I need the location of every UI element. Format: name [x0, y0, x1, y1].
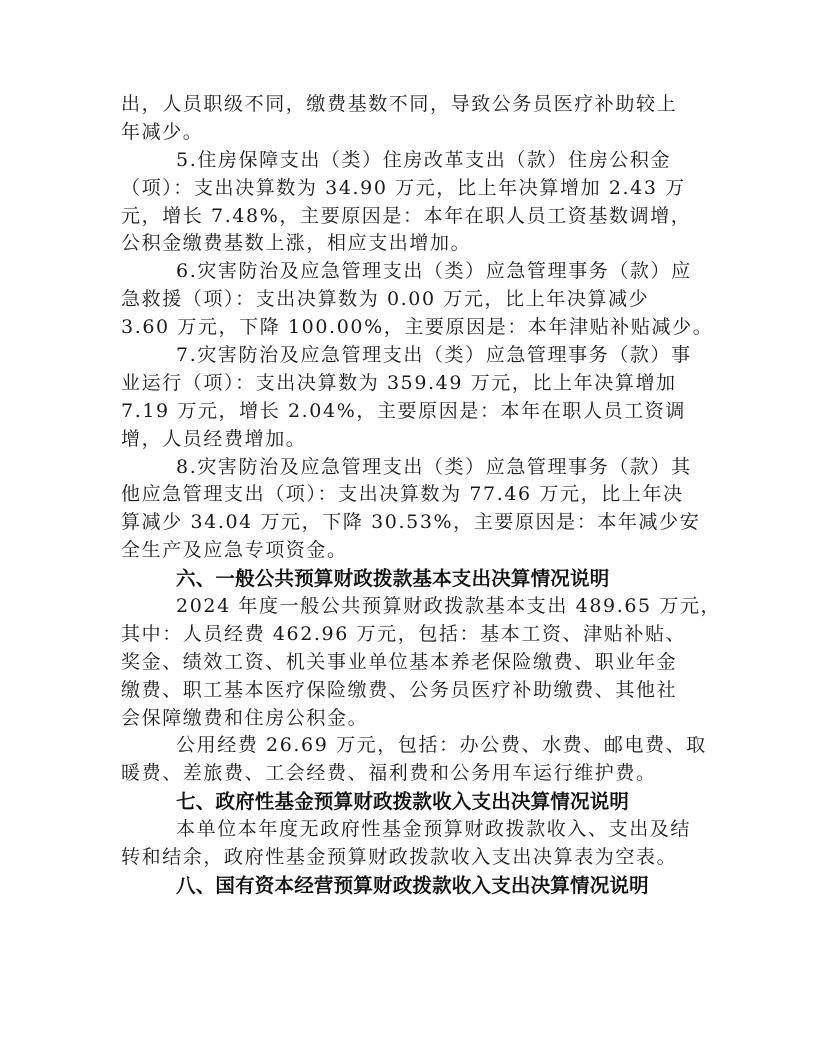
- paragraph-line: 本单位本年度无政府性基金预算财政拨款收入、支出及结: [121, 816, 697, 844]
- paragraph-line: 7.19 万元，增长 2.04%，主要原因是：本年在职人员工资调: [121, 398, 697, 426]
- paragraph-line: 奖金、绩效工资、机关事业单位基本养老保险缴费、职业年金: [121, 649, 697, 677]
- paragraph-line: 3.60 万元，下降 100.00%，主要原因是：本年津贴补贴减少。: [121, 314, 697, 342]
- paragraph-line: （项）：支出决算数为 34.90 万元，比上年决算增加 2.43 万: [121, 175, 697, 203]
- paragraph-line: 其中：人员经费 462.96 万元，包括：基本工资、津贴补贴、: [121, 621, 697, 649]
- paragraph-line: 转和结余，政府性基金预算财政拨款收入支出决算表为空表。: [121, 844, 697, 872]
- section-heading: 七、政府性基金预算财政拨款收入支出决算情况说明: [121, 788, 697, 816]
- paragraph-line: 公用经费 26.69 万元，包括：办公费、水费、邮电费、取: [121, 732, 697, 760]
- paragraph-line: 暖费、差旅费、工会经费、福利费和公务用车运行维护费。: [121, 760, 697, 788]
- paragraph-line: 他应急管理支出（项）：支出决算数为 77.46 万元，比上年决: [121, 481, 697, 509]
- paragraph-line: 2024 年度一般公共预算财政拨款基本支出 489.65 万元，: [121, 593, 697, 621]
- paragraph-line: 会保障缴费和住房公积金。: [121, 705, 697, 733]
- paragraph-line: 缴费、职工基本医疗保险缴费、公务员医疗补助缴费、其他社: [121, 677, 697, 705]
- paragraph-line: 出，人员职级不同，缴费基数不同，导致公务员医疗补助较上: [121, 91, 697, 119]
- paragraph-line: 年减少。: [121, 119, 697, 147]
- document-body: 出，人员职级不同，缴费基数不同，导致公务员医疗补助较上年减少。5.住房保障支出（…: [121, 91, 697, 900]
- paragraph-line: 业运行（项）：支出决算数为 359.49 万元，比上年决算增加: [121, 370, 697, 398]
- paragraph-line: 全生产及应急专项资金。: [121, 537, 697, 565]
- paragraph-line: 5.住房保障支出（类）住房改革支出（款）住房公积金: [121, 147, 697, 175]
- paragraph-line: 增，人员经费增加。: [121, 426, 697, 454]
- paragraph-line: 6.灾害防治及应急管理支出（类）应急管理事务（款）应: [121, 258, 697, 286]
- paragraph-line: 元，增长 7.48%，主要原因是：本年在职人员工资基数调增，: [121, 203, 697, 231]
- section-heading: 六、一般公共预算财政拨款基本支出决算情况说明: [121, 565, 697, 593]
- paragraph-line: 急救援（项）：支出决算数为 0.00 万元，比上年决算减少: [121, 286, 697, 314]
- document-page: 出，人员职级不同，缴费基数不同，导致公务员医疗补助较上年减少。5.住房保障支出（…: [0, 0, 816, 1056]
- section-heading: 八、国有资本经营预算财政拨款收入支出决算情况说明: [121, 872, 697, 900]
- paragraph-line: 8.灾害防治及应急管理支出（类）应急管理事务（款）其: [121, 454, 697, 482]
- paragraph-line: 公积金缴费基数上涨，相应支出增加。: [121, 230, 697, 258]
- paragraph-line: 算减少 34.04 万元，下降 30.53%，主要原因是：本年减少安: [121, 509, 697, 537]
- paragraph-line: 7.灾害防治及应急管理支出（类）应急管理事务（款）事: [121, 342, 697, 370]
